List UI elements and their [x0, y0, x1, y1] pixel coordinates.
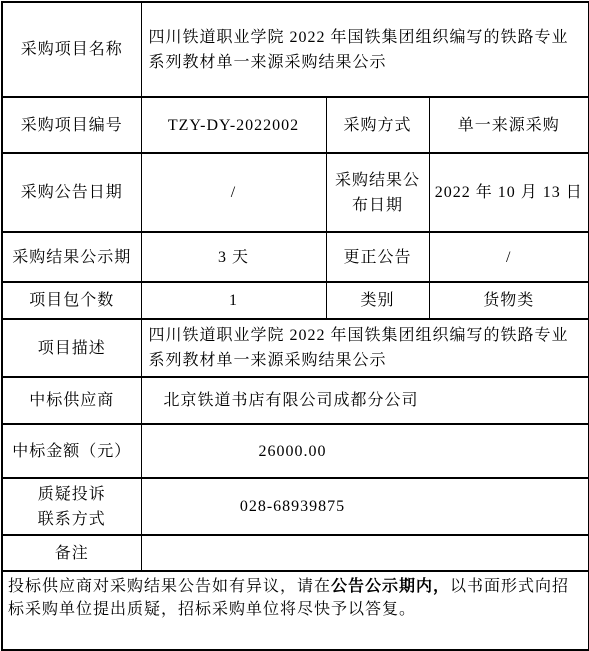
project-name-value-line1: 四川铁道职业学院 2022 年国铁集团组织编写的铁路专业: [149, 25, 583, 50]
remarks-value: [141, 535, 589, 571]
project-name-value: 四川铁道职业学院 2022 年国铁集团组织编写的铁路专业 系列教材单一来源采购结…: [141, 2, 589, 97]
project-desc-value: 四川铁道职业学院 2022 年国铁集团组织编写的铁路专业 系列教材单一来源采购结…: [141, 319, 589, 377]
package-count-label: 项目包个数: [2, 282, 141, 319]
project-desc-label: 项目描述: [2, 319, 141, 377]
row-footer-note: 投标供应商对采购结果公告如有异议，请在公告公示期内，以书面形式向招标采购单位提出…: [2, 571, 589, 650]
winning-amount-value-cell: 26000.00: [141, 424, 589, 478]
category-value: 货物类: [429, 282, 589, 319]
remarks-label: 备注: [2, 535, 141, 571]
complaint-contact-value: 028-68939875: [149, 494, 437, 519]
announce-date-label: 采购公告日期: [2, 153, 141, 232]
result-publish-date-value: 2022 年 10 月 13 日: [429, 153, 589, 232]
complaint-contact-value-cell: 028-68939875: [141, 478, 589, 535]
correction-notice-label: 更正公告: [326, 232, 429, 282]
row-complaint-contact: 质疑投诉 联系方式 028-68939875: [2, 478, 589, 535]
row-package-count: 项目包个数 1 类别 货物类: [2, 282, 589, 319]
project-name-label: 采购项目名称: [2, 2, 141, 97]
row-project-name: 采购项目名称 四川铁道职业学院 2022 年国铁集团组织编写的铁路专业 系列教材…: [2, 2, 589, 97]
row-announce-date: 采购公告日期 / 采购结果公 布日期 2022 年 10 月 13 日: [2, 153, 589, 232]
winning-amount-label: 中标金额（元）: [2, 424, 141, 478]
row-project-desc: 项目描述 四川铁道职业学院 2022 年国铁集团组织编写的铁路专业 系列教材单一…: [2, 319, 589, 377]
correction-notice-value: /: [429, 232, 589, 282]
complaint-contact-label-line2: 联系方式: [5, 507, 139, 532]
publicity-period-value: 3 天: [141, 232, 326, 282]
procurement-result-table: 采购项目名称 四川铁道职业学院 2022 年国铁集团组织编写的铁路专业 系列教材…: [1, 1, 589, 651]
project-desc-value-line2: 系列教材单一来源采购结果公示: [149, 348, 583, 373]
winning-supplier-value: 北京铁道书店有限公司成都分公司: [141, 377, 589, 424]
category-label: 类别: [326, 282, 429, 319]
publicity-period-label: 采购结果公示期: [2, 232, 141, 282]
result-publish-date-label-line2: 布日期: [329, 193, 427, 218]
winning-amount-value: 26000.00: [149, 439, 437, 464]
row-publicity-period: 采购结果公示期 3 天 更正公告 /: [2, 232, 589, 282]
row-winning-supplier: 中标供应商 北京铁道书店有限公司成都分公司: [2, 377, 589, 424]
result-publish-date-label-line1: 采购结果公: [329, 168, 427, 193]
package-count-value: 1: [141, 282, 326, 319]
announce-date-value: /: [141, 153, 326, 232]
procurement-method-label: 采购方式: [326, 97, 429, 153]
footer-note-segment-bold: 公告公示期内，: [331, 578, 450, 595]
project-desc-value-line1: 四川铁道职业学院 2022 年国铁集团组织编写的铁路专业: [149, 323, 583, 348]
row-winning-amount: 中标金额（元） 26000.00: [2, 424, 589, 478]
footer-note: 投标供应商对采购结果公告如有异议，请在公告公示期内，以书面形式向招标采购单位提出…: [2, 571, 589, 650]
row-project-number: 采购项目编号 TZY-DY-2022002 采购方式 单一来源采购: [2, 97, 589, 153]
project-number-label: 采购项目编号: [2, 97, 141, 153]
winning-supplier-label: 中标供应商: [2, 377, 141, 424]
project-number-value: TZY-DY-2022002: [141, 97, 326, 153]
complaint-contact-label: 质疑投诉 联系方式: [2, 478, 141, 535]
footer-note-segment-1: 投标供应商对采购结果公告如有异议，请在: [8, 578, 331, 595]
project-name-value-line2: 系列教材单一来源采购结果公示: [149, 50, 583, 75]
result-publish-date-label: 采购结果公 布日期: [326, 153, 429, 232]
row-remarks: 备注: [2, 535, 589, 571]
complaint-contact-label-line1: 质疑投诉: [5, 482, 139, 507]
procurement-method-value: 单一来源采购: [429, 97, 589, 153]
